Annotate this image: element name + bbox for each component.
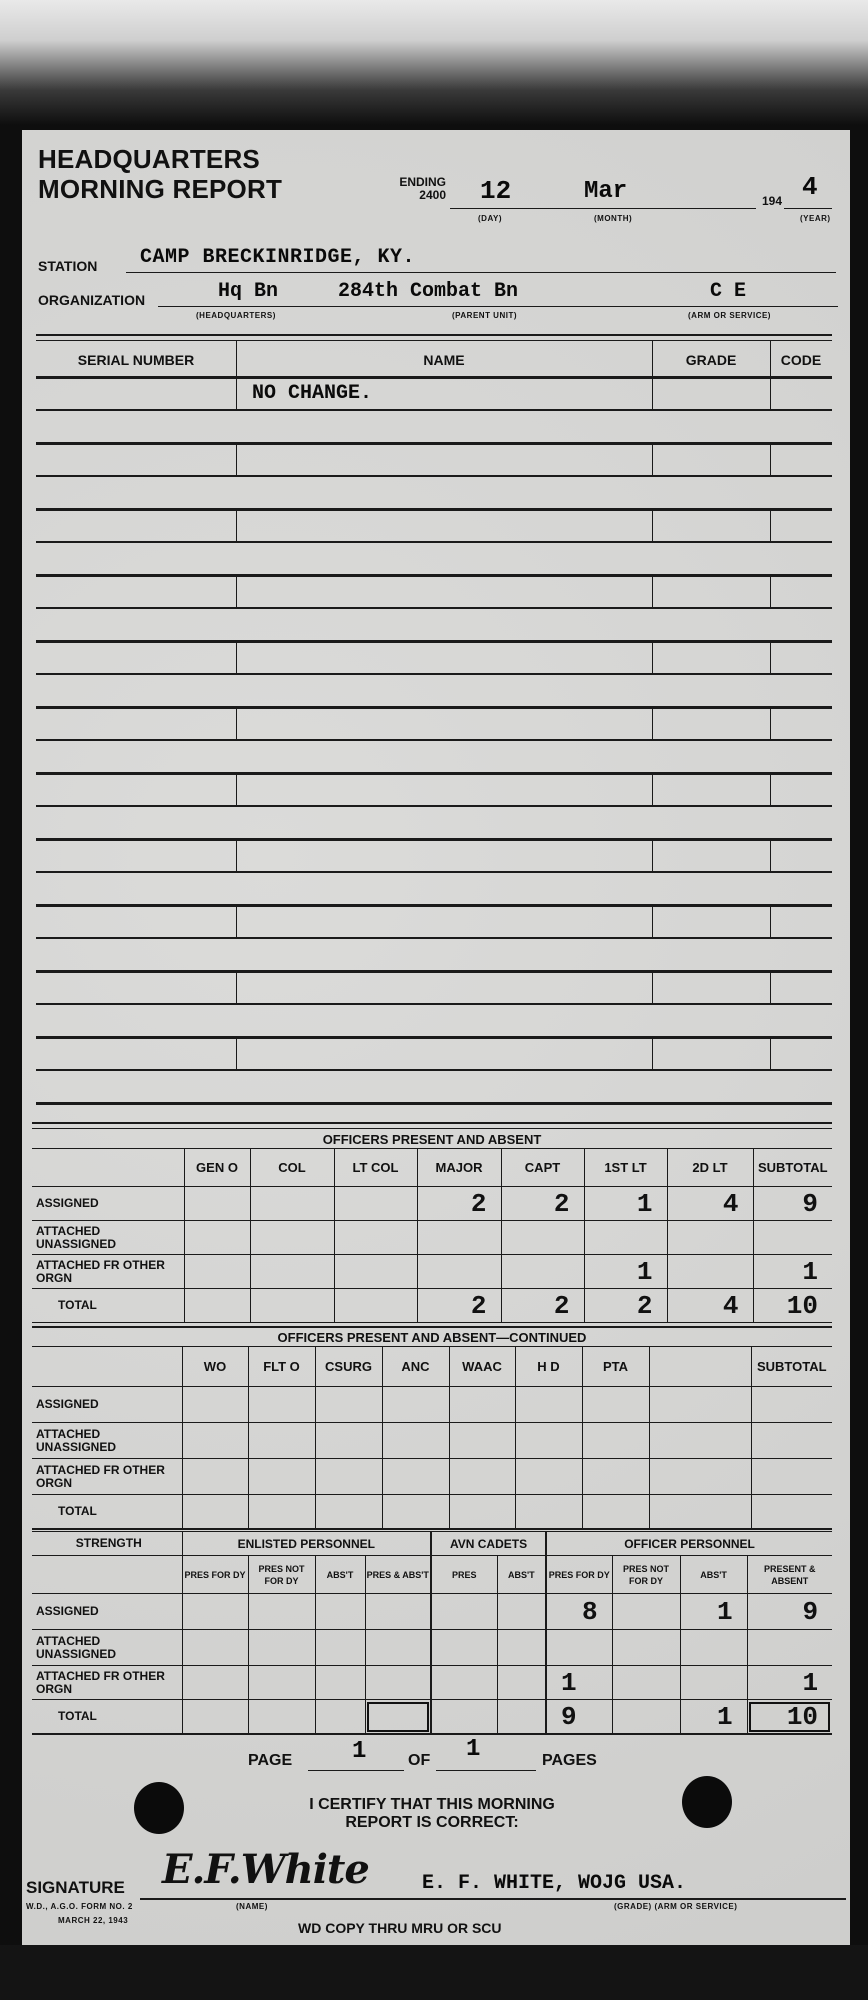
officers-col-gen-o: GEN O <box>184 1149 250 1187</box>
cell[interactable]: 2 <box>417 1289 501 1323</box>
roster-column-divider <box>236 1036 237 1069</box>
officers-corner <box>32 1149 184 1187</box>
cell[interactable] <box>515 1387 582 1423</box>
roster-rule <box>36 805 832 807</box>
date-line <box>450 208 756 209</box>
certification-text: I CERTIFY THAT THIS MORNING REPORT IS CO… <box>232 1796 632 1832</box>
form-date: MARCH 22, 1943 <box>58 1916 128 1925</box>
cell[interactable] <box>184 1187 250 1221</box>
cell[interactable]: 10 <box>747 1700 832 1734</box>
roster-rule <box>36 1003 832 1005</box>
roster-column-divider <box>236 508 237 541</box>
cell[interactable] <box>582 1495 649 1529</box>
roster-rule <box>36 871 832 873</box>
column-code: CODE <box>770 352 832 368</box>
signature-line <box>140 1898 846 1900</box>
roster-rule <box>36 541 832 543</box>
cell[interactable]: 4 <box>667 1187 753 1221</box>
cell[interactable] <box>365 1594 431 1630</box>
roster-rule <box>36 409 832 411</box>
roster-column-divider <box>236 640 237 673</box>
cell[interactable]: 1 <box>680 1700 747 1734</box>
cell[interactable] <box>680 1630 747 1666</box>
row-label: ATTACHED UNASSIGNED <box>32 1630 182 1666</box>
cell[interactable] <box>431 1630 497 1666</box>
cell[interactable]: 2 <box>584 1289 667 1323</box>
roster-column-divider <box>652 640 653 673</box>
officers-continued-top-rule <box>32 1326 832 1328</box>
roster-rule <box>36 970 832 973</box>
continued-row-attached-other-orgn: ATTACHED FR OTHER ORGN <box>32 1459 832 1495</box>
officers-continued-title: OFFICERS PRESENT AND ABSENT—CONTINUED <box>32 1330 832 1345</box>
row-label: TOTAL <box>32 1700 182 1734</box>
strength-corner <box>32 1556 182 1594</box>
cell[interactable] <box>184 1255 250 1289</box>
roster-top-rule <box>36 334 832 336</box>
column-name: NAME <box>236 352 652 368</box>
roster-column-divider <box>770 706 771 739</box>
group-avn-cadets: AVN CADETS <box>431 1532 546 1556</box>
arm-or-service-caption: (ARM OR SERVICE) <box>688 311 771 320</box>
cell[interactable] <box>382 1459 449 1495</box>
cell[interactable] <box>382 1423 449 1459</box>
roster-rule <box>36 904 832 907</box>
cell[interactable] <box>497 1594 546 1630</box>
cell[interactable] <box>382 1495 449 1529</box>
year-line <box>784 208 832 209</box>
continued-col-subtotal: SUBTOTAL <box>751 1347 832 1387</box>
cell[interactable] <box>182 1666 248 1700</box>
cell[interactable] <box>449 1423 515 1459</box>
cell[interactable] <box>250 1221 334 1255</box>
cell[interactable] <box>248 1423 315 1459</box>
roster-rule <box>36 640 832 643</box>
officers-col-1st-lt: 1ST LT <box>584 1149 667 1187</box>
cell[interactable] <box>431 1700 497 1734</box>
cell[interactable] <box>184 1289 250 1323</box>
form-title-line2: MORNING REPORT <box>38 174 282 204</box>
roster-rule <box>36 1036 832 1039</box>
row-label: ATTACHED UNASSIGNED <box>32 1423 182 1459</box>
cell[interactable] <box>649 1459 751 1495</box>
report-day[interactable]: 12 <box>480 176 511 206</box>
cell[interactable] <box>612 1700 680 1734</box>
continued-col-wo: WO <box>182 1347 248 1387</box>
col-enlisted-pres-not-for-dy: PRES NOT FOR DY <box>248 1556 315 1594</box>
continued-col-blank <box>649 1347 751 1387</box>
row-label: ASSIGNED <box>32 1187 184 1221</box>
cell[interactable] <box>497 1700 546 1734</box>
cell[interactable] <box>431 1666 497 1700</box>
officers-col-2d-lt: 2D LT <box>667 1149 753 1187</box>
officers-col-subtotal: SUBTOTAL <box>753 1149 832 1187</box>
routing-note: WD COPY THRU MRU OR SCU <box>298 1920 502 1936</box>
page-line <box>308 1770 404 1771</box>
cell[interactable]: 2 <box>501 1289 584 1323</box>
station-line <box>126 272 836 273</box>
cell[interactable]: 9 <box>753 1187 832 1221</box>
cell[interactable] <box>315 1594 365 1630</box>
certification-line1: I CERTIFY THAT THIS MORNING <box>232 1796 632 1814</box>
grade-caption: (GRADE) (ARM OR SERVICE) <box>614 1902 737 1911</box>
cell[interactable] <box>667 1221 753 1255</box>
strength-row-attached-unassigned: ATTACHED UNASSIGNED <box>32 1630 832 1666</box>
roster-column-divider <box>652 574 653 607</box>
cell[interactable] <box>747 1630 832 1666</box>
cell[interactable] <box>182 1423 248 1459</box>
officers-top-rule-2 <box>32 1128 832 1129</box>
strength-table: STRENGTH ENLISTED PERSONNEL AVN CADETS O… <box>32 1531 832 1734</box>
cell[interactable] <box>248 1630 315 1666</box>
year-prefix: 194 <box>762 194 782 208</box>
roster-rule <box>36 607 832 609</box>
total-pages[interactable]: 1 <box>466 1736 480 1763</box>
officers-col-col: COL <box>250 1149 334 1187</box>
station-value[interactable]: CAMP BRECKINRIDGE, KY. <box>140 246 415 269</box>
day-caption: (DAY) <box>478 214 502 223</box>
roster-column-divider <box>236 838 237 871</box>
year-caption: (YEAR) <box>800 214 831 223</box>
cell[interactable] <box>365 1700 431 1734</box>
roster-column-divider <box>770 376 771 409</box>
cell[interactable]: 1 <box>546 1666 612 1700</box>
cell[interactable] <box>612 1666 680 1700</box>
officers-top-rule <box>32 1122 832 1124</box>
strength-label: STRENGTH <box>32 1532 182 1556</box>
cell[interactable] <box>449 1495 515 1529</box>
row-label: ATTACHED FR OTHER ORGN <box>32 1666 182 1700</box>
cell[interactable]: 2 <box>417 1187 501 1221</box>
roster-column-divider <box>652 442 653 475</box>
group-officer-personnel: OFFICER PERSONNEL <box>546 1532 832 1556</box>
roster-column-divider <box>652 706 653 739</box>
cell[interactable] <box>315 1423 382 1459</box>
parent-unit-caption: (PARENT UNIT) <box>452 311 517 320</box>
organization-label: ORGANIZATION <box>38 292 145 308</box>
roster-rule <box>36 706 832 709</box>
roster-column-divider <box>770 442 771 475</box>
officers-col-capt: CAPT <box>501 1149 584 1187</box>
cell[interactable]: 10 <box>753 1289 832 1323</box>
col-officer-pres-not-for-dy: PRES NOT FOR DY <box>612 1556 680 1594</box>
cell[interactable] <box>546 1630 612 1666</box>
cell[interactable]: 9 <box>747 1594 832 1630</box>
cell[interactable] <box>751 1459 832 1495</box>
col-cadets-abst: ABS'T <box>497 1556 546 1594</box>
cell[interactable] <box>582 1423 649 1459</box>
roster-column-divider <box>236 904 237 937</box>
cell[interactable] <box>649 1495 751 1529</box>
column-grade: GRADE <box>652 352 770 368</box>
cell[interactable] <box>584 1221 667 1255</box>
cell[interactable] <box>501 1255 584 1289</box>
cell[interactable] <box>449 1387 515 1423</box>
cell[interactable] <box>515 1495 582 1529</box>
continued-col-flt-o: FLT O <box>248 1347 315 1387</box>
pages-label: PAGES <box>542 1752 597 1770</box>
month-caption: (MONTH) <box>594 214 632 223</box>
roster-rule <box>36 1102 832 1105</box>
roster-rule <box>36 772 832 775</box>
cell[interactable] <box>649 1423 751 1459</box>
punch-hole-left <box>134 1782 184 1834</box>
cell[interactable] <box>612 1630 680 1666</box>
roster-column-divider <box>770 640 771 673</box>
roster-column-divider <box>236 574 237 607</box>
roster-column-divider <box>236 376 237 409</box>
handwritten-signature[interactable]: E.F.White <box>162 1846 369 1893</box>
cell[interactable] <box>515 1459 582 1495</box>
cell[interactable] <box>753 1221 832 1255</box>
roster-column-divider <box>236 772 237 805</box>
continued-col-anc: ANC <box>382 1347 449 1387</box>
continued-col-pta: PTA <box>582 1347 649 1387</box>
roster-rule <box>36 508 832 511</box>
page-label: PAGE <box>248 1752 292 1770</box>
organization-headquarters[interactable]: Hq Bn <box>218 280 278 303</box>
cell[interactable] <box>315 1630 365 1666</box>
roster-column-divider <box>770 1036 771 1069</box>
cell[interactable]: 1 <box>584 1187 667 1221</box>
station-label: STATION <box>38 258 97 274</box>
col-cadets-pres: PRES <box>431 1556 497 1594</box>
ending-time: 2400 <box>398 189 446 202</box>
cell[interactable] <box>515 1423 582 1459</box>
strength-bottom-rule <box>32 1733 832 1735</box>
continued-row-attached-unassigned: ATTACHED UNASSIGNED <box>32 1423 832 1459</box>
officers-row-attached-unassigned: ATTACHED UNASSIGNED <box>32 1221 832 1255</box>
roster-column-divider <box>770 838 771 871</box>
row-label: ASSIGNED <box>32 1594 182 1630</box>
cell[interactable] <box>315 1666 365 1700</box>
cell[interactable] <box>315 1495 382 1529</box>
cell[interactable]: 4 <box>667 1289 753 1323</box>
total-pages-line <box>436 1770 536 1771</box>
cell[interactable] <box>582 1459 649 1495</box>
row-label: ATTACHED UNASSIGNED <box>32 1221 184 1255</box>
row-label: ATTACHED FR OTHER ORGN <box>32 1459 182 1495</box>
officers-col-lt-col: LT COL <box>334 1149 417 1187</box>
cell[interactable] <box>248 1666 315 1700</box>
roster-column-divider <box>652 772 653 805</box>
roster-column-divider <box>652 904 653 937</box>
roster-header-divider <box>652 340 653 376</box>
cell[interactable] <box>582 1387 649 1423</box>
cell[interactable] <box>449 1459 515 1495</box>
cell[interactable] <box>612 1594 680 1630</box>
roster-header-divider <box>770 340 771 376</box>
cell[interactable]: 1 <box>753 1255 832 1289</box>
organization-arm-or-service[interactable]: C E <box>710 280 746 303</box>
cell[interactable] <box>751 1495 832 1529</box>
roster-column-divider <box>770 970 771 1003</box>
roster-top-rule-2 <box>36 340 832 341</box>
cell[interactable] <box>315 1387 382 1423</box>
roster-rule <box>36 838 832 841</box>
cell[interactable] <box>667 1255 753 1289</box>
roster-column-divider <box>770 574 771 607</box>
certification-line2: REPORT IS CORRECT: <box>232 1814 632 1832</box>
headquarters-caption: (HEADQUARTERS) <box>196 311 276 320</box>
cell[interactable] <box>315 1700 365 1734</box>
continued-row-assigned: ASSIGNED <box>32 1387 832 1423</box>
roster-column-divider <box>652 508 653 541</box>
cell[interactable] <box>182 1495 248 1529</box>
officers-title: OFFICERS PRESENT AND ABSENT <box>32 1132 832 1147</box>
cell[interactable]: 1 <box>747 1666 832 1700</box>
group-enlisted-personnel: ENLISTED PERSONNEL <box>182 1532 431 1556</box>
cell[interactable] <box>315 1459 382 1495</box>
cell[interactable] <box>248 1495 315 1529</box>
officers-row-attached-other-orgn: ATTACHED FR OTHER ORGN 1 1 <box>32 1255 832 1289</box>
ending-label: ENDING 2400 <box>398 176 446 202</box>
roster-rule <box>36 739 832 741</box>
page-number[interactable]: 1 <box>352 1738 366 1765</box>
row-label: ASSIGNED <box>32 1387 182 1423</box>
roster-column-divider <box>236 442 237 475</box>
continued-col-waac: WAAC <box>449 1347 515 1387</box>
cell[interactable] <box>649 1387 751 1423</box>
cell[interactable] <box>248 1594 315 1630</box>
roster-column-divider <box>236 706 237 739</box>
cell[interactable] <box>751 1387 832 1423</box>
organization-parent-unit[interactable]: 284th Combat Bn <box>338 280 518 303</box>
cell[interactable] <box>182 1594 248 1630</box>
roster-column-divider <box>652 838 653 871</box>
morning-report-form: HEADQUARTERS MORNING REPORT ENDING 2400 … <box>22 130 850 1945</box>
cell[interactable] <box>334 1255 417 1289</box>
continued-corner <box>32 1347 182 1387</box>
roster-rule <box>36 475 832 477</box>
cell[interactable] <box>334 1187 417 1221</box>
cell[interactable] <box>382 1387 449 1423</box>
cell[interactable]: 2 <box>501 1187 584 1221</box>
cell[interactable] <box>417 1221 501 1255</box>
continued-col-csurg: CSURG <box>315 1347 382 1387</box>
roster-column-divider <box>770 904 771 937</box>
cell[interactable] <box>248 1700 315 1734</box>
punch-hole-right <box>682 1776 732 1828</box>
officers-row-assigned: ASSIGNED 2 2 1 4 9 <box>32 1187 832 1221</box>
cell[interactable] <box>334 1221 417 1255</box>
col-enlisted-abst: ABS'T <box>315 1556 365 1594</box>
typed-name-grade[interactable]: E. F. WHITE, WOJG USA. <box>422 1872 686 1895</box>
report-month[interactable]: Mar <box>584 178 627 205</box>
strength-row-assigned: ASSIGNED 8 1 9 <box>32 1594 832 1630</box>
cell[interactable] <box>751 1423 832 1459</box>
cell[interactable] <box>365 1666 431 1700</box>
cell[interactable]: 1 <box>680 1594 747 1630</box>
signature-label: SIGNATURE <box>26 1878 125 1898</box>
row-label: ATTACHED FR OTHER ORGN <box>32 1255 184 1289</box>
roster-rule <box>36 442 832 445</box>
cell[interactable] <box>365 1630 431 1666</box>
form-title-line1: HEADQUARTERS <box>38 144 260 174</box>
col-officer-pres-for-dy: PRES FOR DY <box>546 1556 612 1594</box>
col-officer-present-and-absent: PRESENT & ABSENT <box>747 1556 832 1594</box>
col-officer-abst: ABS'T <box>680 1556 747 1594</box>
continued-row-total: TOTAL <box>32 1495 832 1529</box>
cell[interactable] <box>248 1459 315 1495</box>
column-serial-number: SERIAL NUMBER <box>36 352 236 368</box>
roster-header-rule <box>36 376 832 379</box>
cell[interactable] <box>334 1289 417 1323</box>
cell[interactable]: 1 <box>584 1255 667 1289</box>
roster-column-divider <box>236 970 237 1003</box>
col-enlisted-pres-and-abst: PRES & ABS'T <box>365 1556 431 1594</box>
cell[interactable] <box>501 1221 584 1255</box>
cell[interactable] <box>184 1221 250 1255</box>
officers-table: GEN O COL LT COL MAJOR CAPT 1ST LT 2D LT… <box>32 1148 832 1323</box>
col-enlisted-pres-for-dy: PRES FOR DY <box>182 1556 248 1594</box>
continued-col-hd: H D <box>515 1347 582 1387</box>
roster-row-name[interactable]: NO CHANGE. <box>252 382 372 405</box>
cell[interactable] <box>497 1630 546 1666</box>
roster-column-divider <box>652 1036 653 1069</box>
cell[interactable] <box>182 1700 248 1734</box>
cell[interactable] <box>182 1459 248 1495</box>
cell[interactable] <box>248 1387 315 1423</box>
of-label: OF <box>408 1752 430 1770</box>
officers-continued-table: WO FLT O CSURG ANC WAAC H D PTA SUBTOTAL… <box>32 1346 832 1529</box>
row-label: TOTAL <box>32 1495 182 1529</box>
cell[interactable] <box>250 1187 334 1221</box>
roster-column-divider <box>652 376 653 409</box>
cell[interactable]: 8 <box>546 1594 612 1630</box>
roster-column-divider <box>652 970 653 1003</box>
cell[interactable] <box>431 1594 497 1630</box>
roster-rule <box>36 574 832 577</box>
officers-row-total: TOTAL 2 2 2 4 10 <box>32 1289 832 1323</box>
strength-row-attached-other-orgn: ATTACHED FR OTHER ORGN 1 1 <box>32 1666 832 1700</box>
cell[interactable] <box>497 1666 546 1700</box>
strength-row-total: TOTAL 9 1 10 <box>32 1700 832 1734</box>
roster-column-divider <box>770 508 771 541</box>
row-label: TOTAL <box>32 1289 184 1323</box>
cell[interactable] <box>182 1630 248 1666</box>
cell[interactable] <box>182 1387 248 1423</box>
cell[interactable] <box>417 1255 501 1289</box>
roster-header-divider <box>236 340 237 376</box>
cell[interactable] <box>250 1255 334 1289</box>
roster-rule <box>36 673 832 675</box>
officers-col-major: MAJOR <box>417 1149 501 1187</box>
scan-border-bottom <box>0 1945 868 2000</box>
cell[interactable]: 9 <box>546 1700 612 1734</box>
cell[interactable] <box>680 1666 747 1700</box>
report-year[interactable]: 4 <box>802 172 818 202</box>
roster-rule <box>36 937 832 939</box>
roster-column-divider <box>770 772 771 805</box>
roster-rule <box>36 1069 832 1071</box>
cell[interactable] <box>250 1289 334 1323</box>
name-caption: (NAME) <box>236 1902 268 1911</box>
form-number: W.D., A.G.O. FORM NO. 2 <box>26 1902 133 1911</box>
organization-line <box>158 306 838 307</box>
strength-top-rule <box>32 1528 832 1530</box>
